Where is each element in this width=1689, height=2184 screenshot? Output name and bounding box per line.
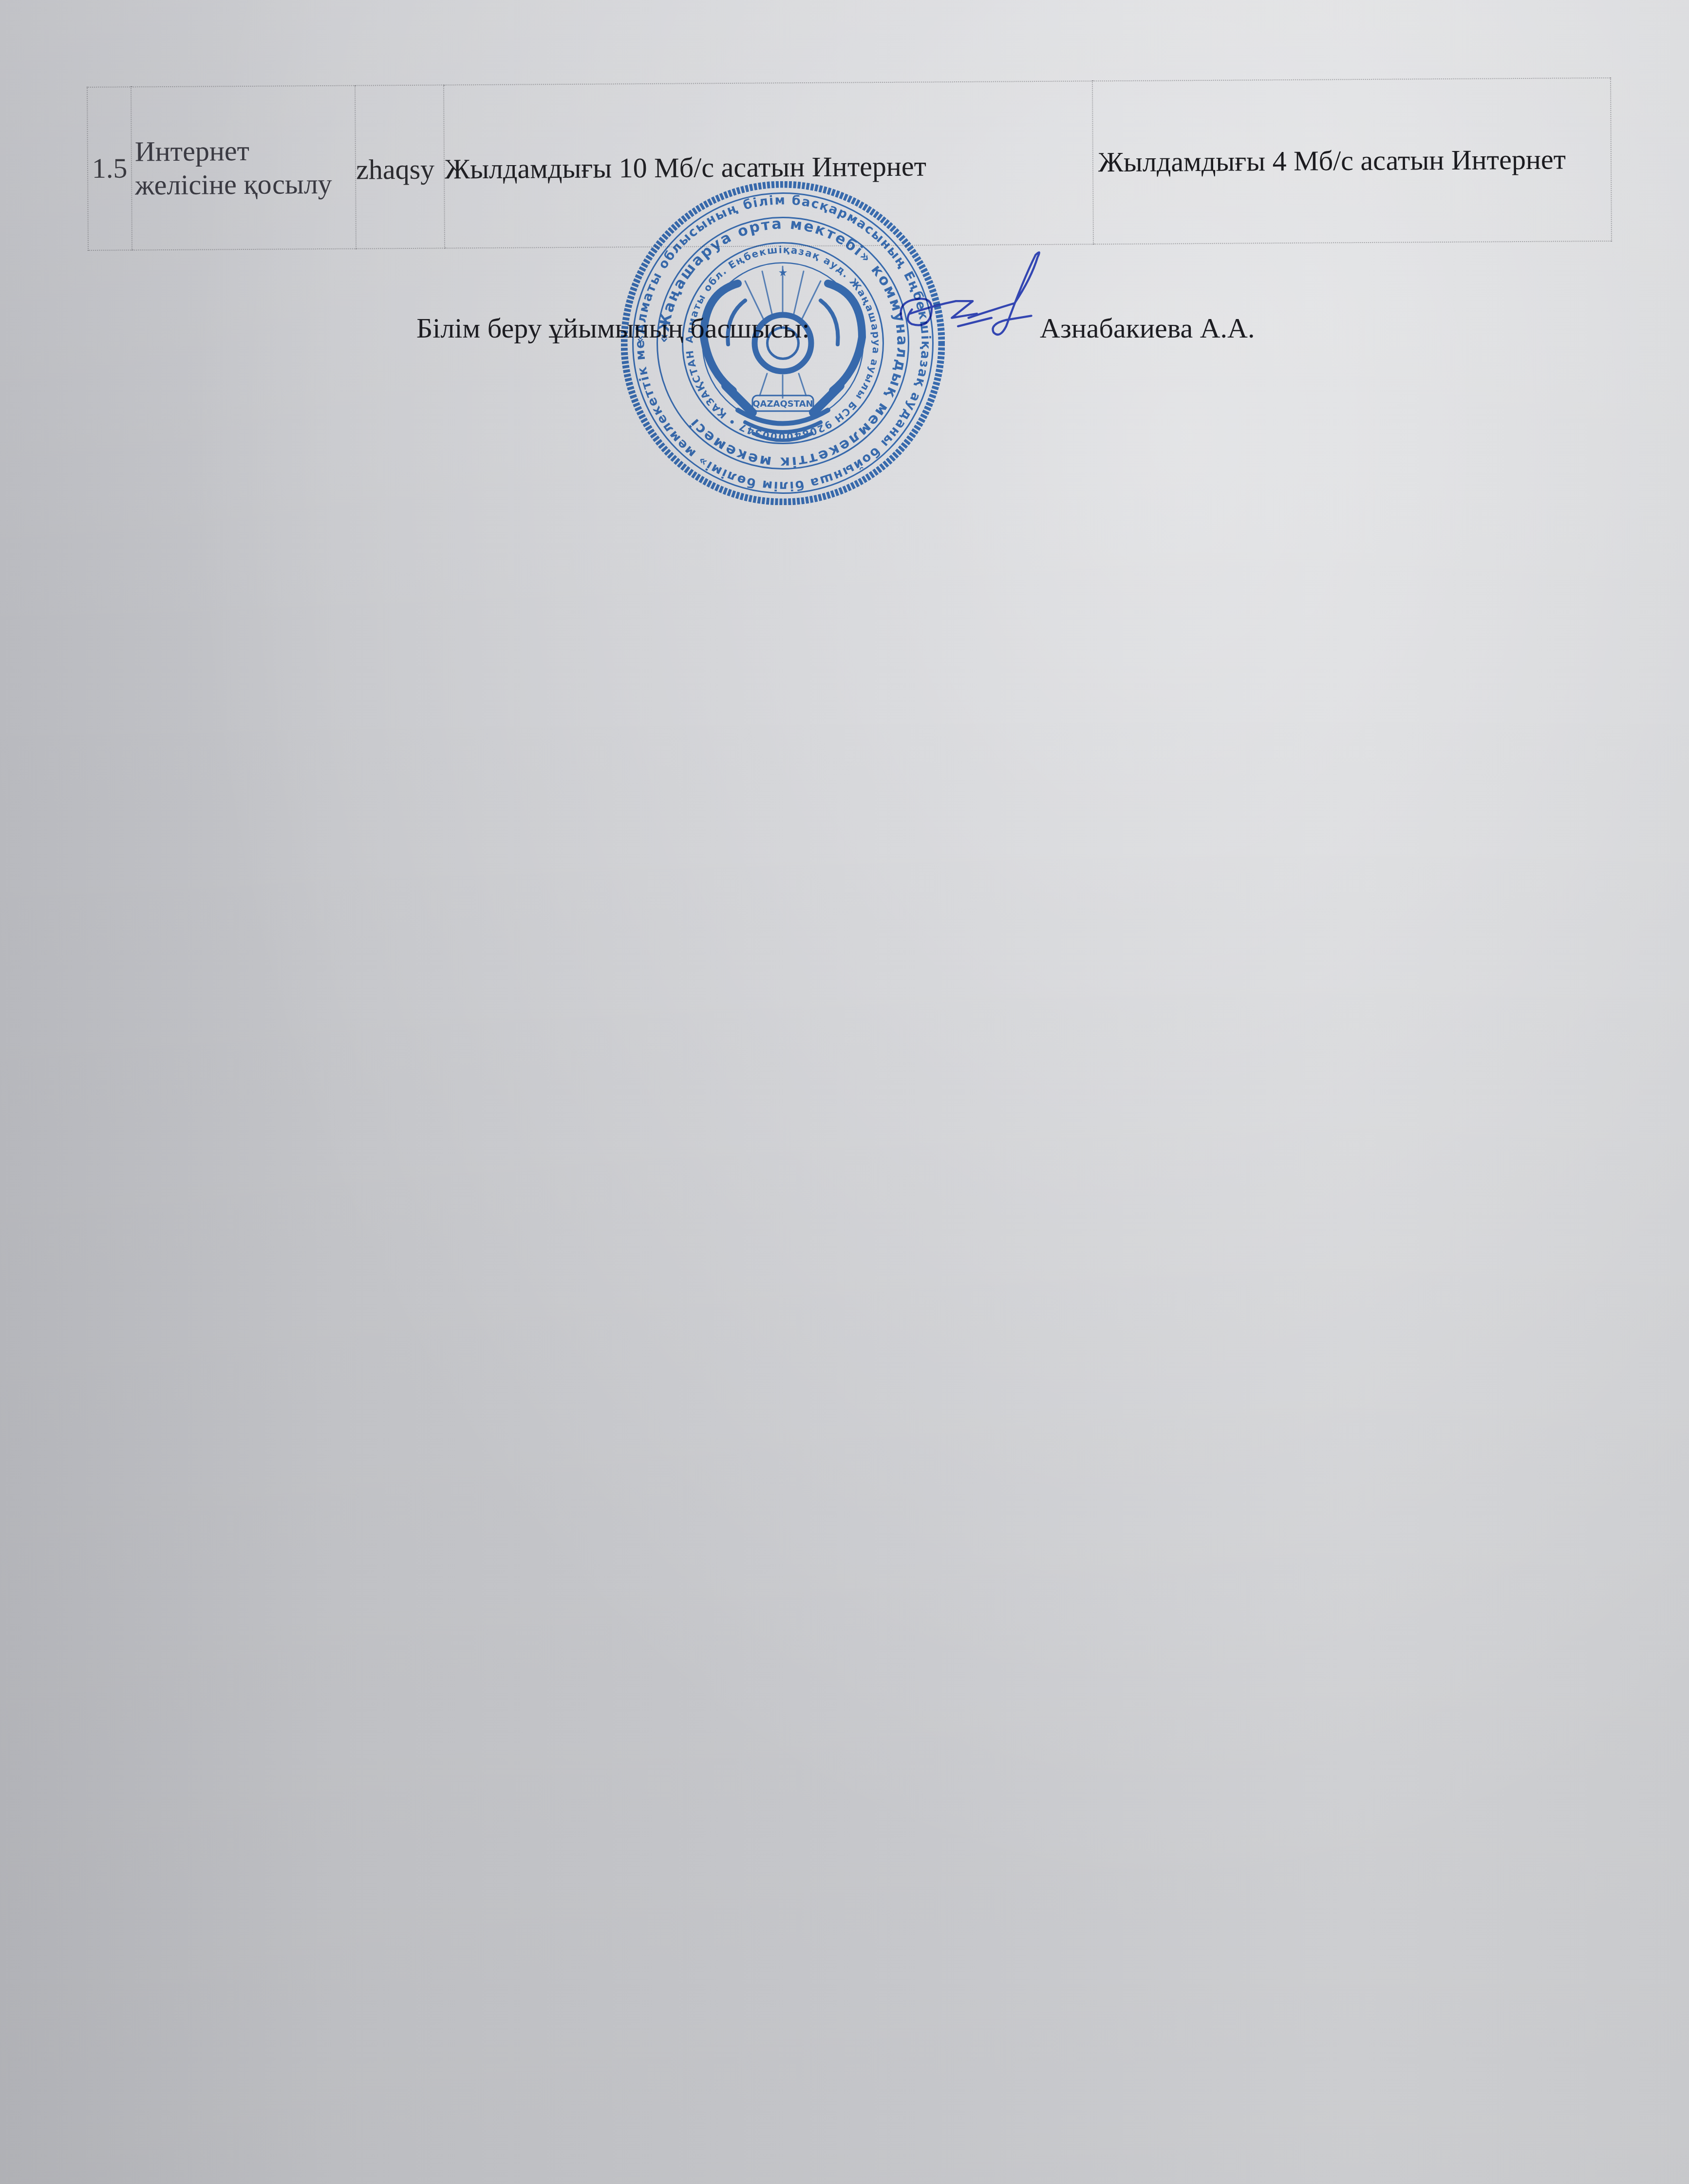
indicator-value: zhaqsy	[356, 153, 444, 187]
indicator-reference-cell: Жылдамдығы 4 Мб/с асатын Интернет	[1092, 78, 1612, 244]
handwritten-signature-icon	[877, 251, 1052, 356]
indicator-value-cell: zhaqsy	[355, 85, 445, 249]
svg-text:QAZAQSTAN: QAZAQSTAN	[752, 399, 813, 409]
row-number-cell: 1.5	[87, 87, 132, 250]
svg-text:★: ★	[778, 266, 788, 279]
indicator-name: Интернет желісіне қосылу	[135, 134, 356, 202]
indicator-reference: Жылдамдығы 4 Мб/с асатын Интернет	[1098, 143, 1611, 179]
indicator-description: Жылдамдығы 10 Мб/с асатын Интернет	[445, 149, 1092, 187]
indicator-name-cell: Интернет желісіне қосылу	[131, 86, 356, 250]
signatory-name: Азнабакиева А.А.	[1040, 312, 1255, 344]
row-number: 1.5	[88, 152, 131, 186]
